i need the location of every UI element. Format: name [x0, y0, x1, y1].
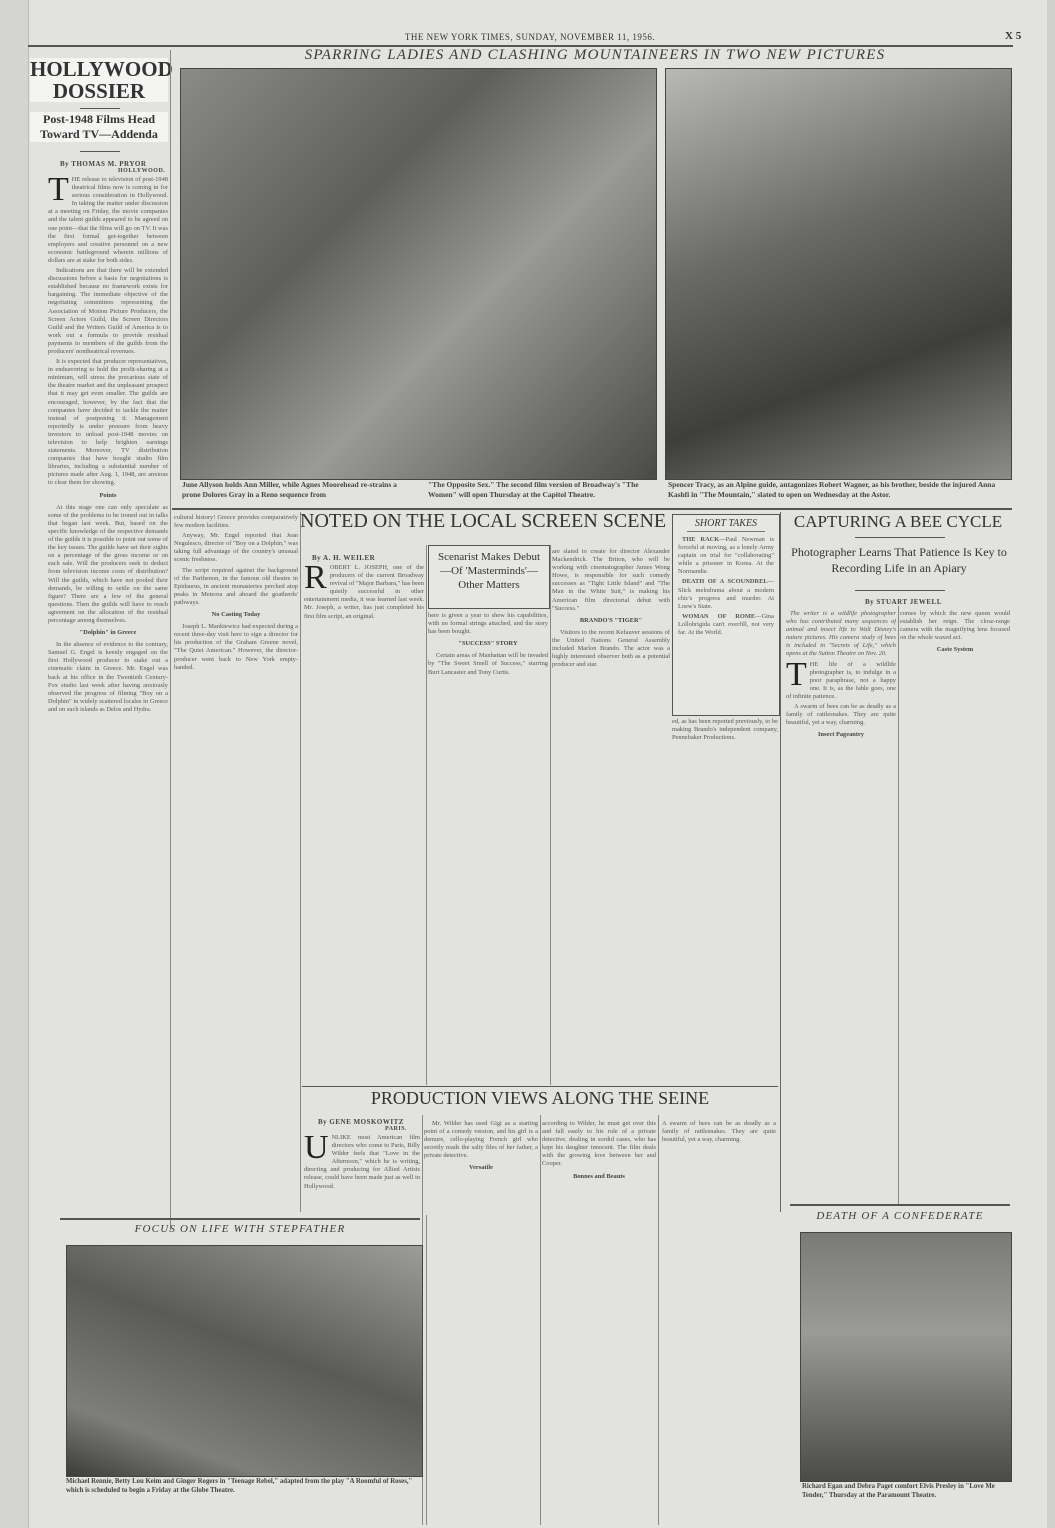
section-rule	[302, 1086, 778, 1087]
column-rule	[780, 512, 781, 1212]
dossier-dateline: HOLLYWOOD.	[118, 168, 165, 174]
bee-byline: By STUART JEWELL	[865, 598, 942, 606]
production-column-4: A swarm of bees can be as deadly as a fa…	[662, 1120, 776, 1524]
section-heading: Bonnes and Beauts	[542, 1173, 656, 1181]
section-heading: BRANDO'S "TIGER"	[552, 617, 670, 625]
column-rule	[426, 1215, 427, 1525]
section-rule	[790, 1204, 1010, 1206]
newspaper-page: THE NEW YORK TIMES, SUNDAY, NOVEMBER 11,…	[0, 0, 1055, 1528]
photo-caption-right: Spencer Tracy, as an Alpine guide, antag…	[668, 480, 1010, 500]
noted-box: Scenarist Makes Debut —Of 'Masterminds'—…	[428, 545, 550, 609]
bee-headline: CAPTURING A BEE CYCLE	[784, 512, 1012, 532]
continuation-column: cultural history! Greece provides compar…	[174, 514, 298, 1214]
drop-cap: T	[48, 176, 69, 204]
divider	[80, 151, 120, 152]
section-rule	[60, 1218, 420, 1220]
column-rule	[300, 512, 301, 1212]
short-take-item: DEATH OF A SCOUNDREL—Slick melodrama abo…	[678, 578, 774, 610]
bottom-right-banner: DEATH OF A CONFEDERATE	[790, 1210, 1010, 1222]
photo-the-mountain	[665, 68, 1012, 480]
section-heading: Versatile	[424, 1164, 538, 1172]
photo-teenage-rebel	[66, 1245, 423, 1477]
masthead: THE NEW YORK TIMES, SUNDAY, NOVEMBER 11,…	[180, 32, 880, 42]
short-takes-title: SHORT TAKES	[687, 518, 765, 532]
column-rule	[170, 50, 171, 1230]
scan-margin-right	[1047, 0, 1055, 1528]
noted-column-2: here is given a year to shew his capabil…	[428, 612, 548, 1082]
column-rule	[426, 545, 427, 1085]
bottom-left-banner: FOCUS ON LIFE WITH STEPFATHER	[60, 1223, 420, 1235]
top-banner: SPARRING LADIES AND CLASHING MOUNTAINEER…	[175, 47, 1015, 64]
section-heading: Points	[48, 492, 168, 500]
drop-cap: R	[304, 564, 327, 592]
production-byline: By GENE MOSKOWITZ	[318, 1118, 404, 1126]
production-column-2: Mr. Wilder has used Gigi as a starting p…	[424, 1120, 538, 1524]
column-rule	[550, 545, 551, 1085]
bee-column-1: The writer is a wildlife photographer wh…	[786, 610, 896, 1210]
noted-column-1: R OBERT L. JOSEPH, one of the producers …	[304, 564, 424, 1084]
dossier-subhead: Post-1948 Films Head Toward TV—Addenda	[30, 112, 168, 142]
column-rule	[658, 1115, 659, 1525]
page-number: X 5	[1005, 30, 1021, 42]
divider	[855, 590, 945, 591]
noted-byline: By A. H. WEILER	[312, 554, 375, 562]
section-heading: "SUCCESS" STORY	[428, 640, 548, 648]
production-headline: PRODUCTION VIEWS ALONG THE SEINE	[302, 1088, 778, 1109]
drop-cap: T	[786, 661, 807, 689]
scan-margin-left	[0, 0, 29, 1528]
short-take-item: WOMAN OF ROME—Gina Lollobrigida can't ov…	[678, 613, 774, 637]
section-heading: Caste System	[900, 646, 1010, 654]
section-heading: Insect Pageantry	[786, 731, 896, 739]
short-take-item: THE RACK—Paul Newman is forceful at movi…	[678, 536, 774, 576]
column-rule	[540, 1115, 541, 1525]
divider	[80, 108, 120, 109]
section-heading: No Casting Today	[174, 611, 298, 619]
noted-headline: NOTED ON THE LOCAL SCREEN SCENE	[300, 510, 660, 533]
dossier-title: HOLLYWOOD DOSSIER	[30, 58, 168, 102]
short-takes-continuation: ed, as has been reported previously, to …	[672, 718, 778, 1083]
production-dateline: PARIS.	[385, 1126, 407, 1132]
photo-love-me-tender	[800, 1232, 1012, 1482]
short-takes-box: SHORT TAKES THE RACK—Paul Newman is forc…	[672, 514, 780, 716]
bottom-right-caption: Richard Egan and Debra Paget comfort Elv…	[802, 1482, 1012, 1500]
noted-column-3: are slated to create for director Alexan…	[552, 548, 670, 1083]
bee-column-2: comes by which the new queen would estab…	[900, 610, 1010, 1210]
dossier-body: T HE release to television of post-1948 …	[48, 176, 168, 1226]
dossier-title-line1: HOLLYWOOD	[30, 58, 168, 80]
dossier-byline: By THOMAS M. PRYOR	[60, 160, 170, 168]
short-takes-list: THE RACK—Paul Newman is forceful at movi…	[673, 532, 779, 710]
photo-caption-left-b: "The Opposite Sex." The second film vers…	[428, 480, 656, 500]
divider	[855, 537, 945, 538]
bottom-left-caption: Michael Rennie, Betty Lou Keim and Ginge…	[66, 1477, 426, 1495]
dossier-title-line2: DOSSIER	[30, 80, 168, 102]
column-rule	[898, 606, 899, 1206]
bee-subhead: Photographer Learns That Patience Is Key…	[786, 544, 1012, 576]
section-heading: "Dolphin" in Greece	[48, 629, 168, 637]
production-column-3: according to Wilder, he must get over th…	[542, 1120, 656, 1524]
photo-caption-left-a: June Allyson holds Ann Miller, while Agn…	[182, 480, 417, 500]
photo-opposite-sex	[180, 68, 657, 480]
noted-box-headline: Scenarist Makes Debut —Of 'Masterminds'—…	[429, 546, 549, 596]
drop-cap: U	[304, 1134, 329, 1162]
